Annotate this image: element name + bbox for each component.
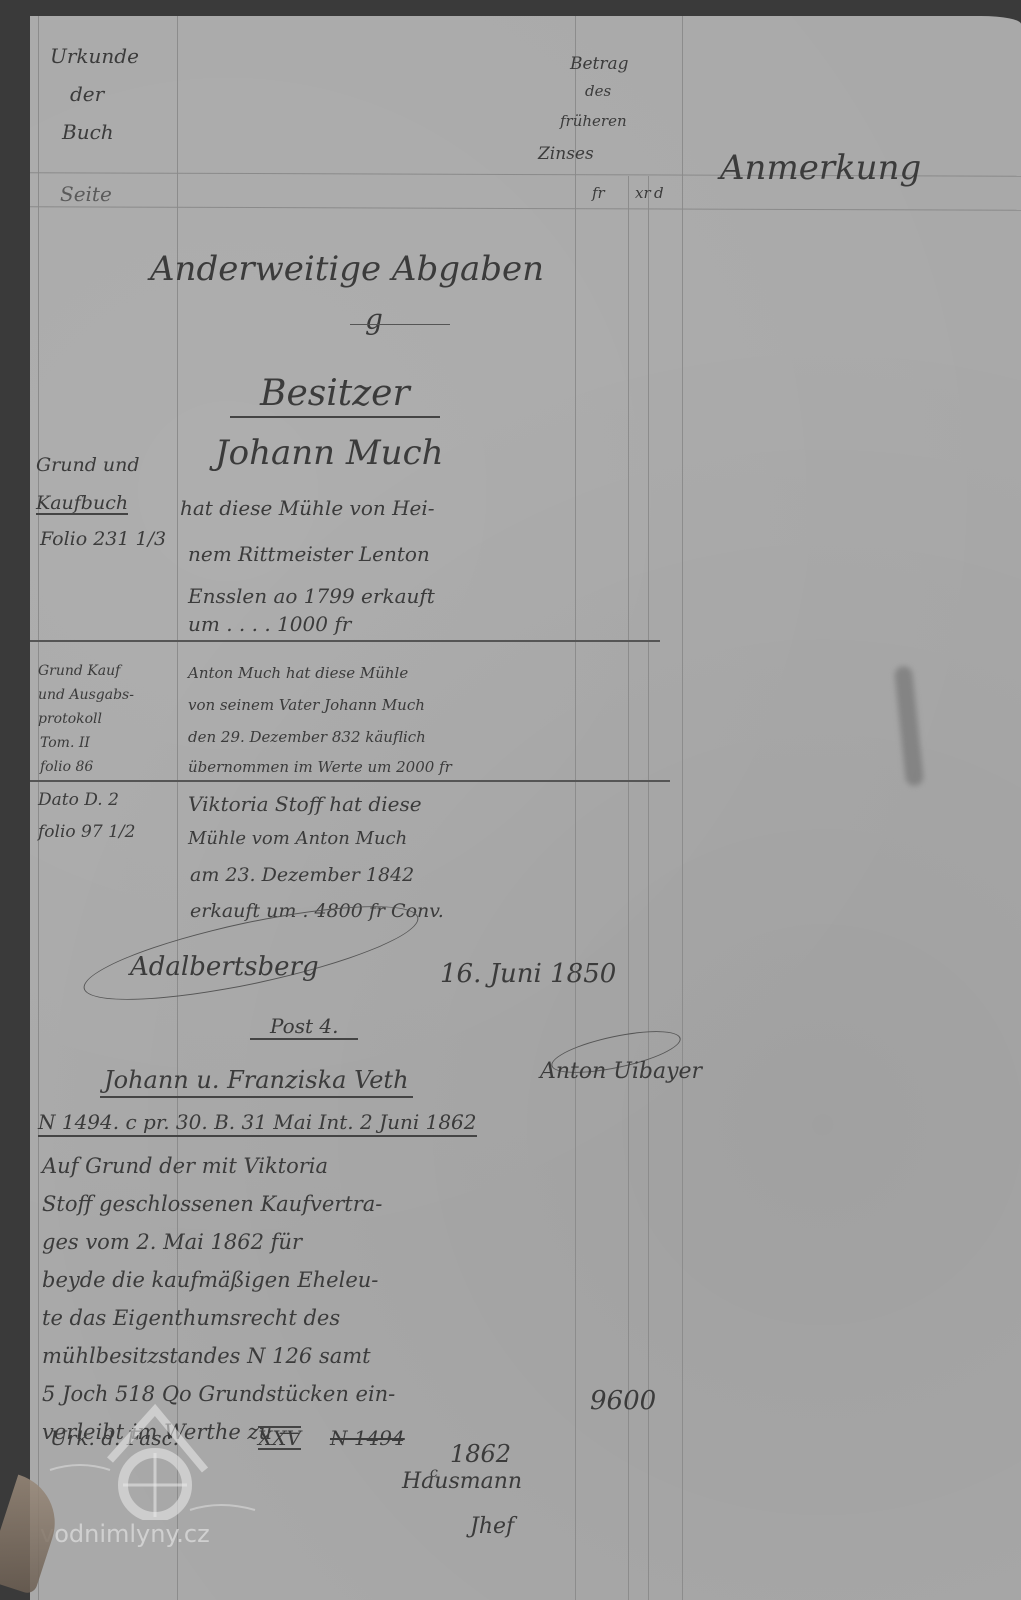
entry-1-source-2: Kaufbuch — [36, 494, 128, 515]
entry-1-line-1: hat diese Mühle von Hei- — [180, 498, 435, 518]
signature-1-signer: Adalbertsberg — [130, 954, 319, 980]
entry-1-line-3: Ensslen ao 1799 erkauft — [188, 586, 435, 606]
header-remarks: Anmerkung — [720, 151, 921, 185]
body-line-2: Stoff geschlossenen Kaufvertra- — [42, 1194, 382, 1215]
entry-1-owner: Johann Much — [215, 436, 444, 470]
entry-2-source-5: folio 86 — [40, 760, 93, 774]
header-amount-line-2: des — [585, 84, 611, 99]
post-number: Post 4. — [250, 1016, 358, 1040]
entry-2-line-3: den 29. Dezember 832 käuflich — [188, 730, 426, 745]
header-unit-xr: xr — [635, 186, 651, 201]
body-line-7: 5 Joch 518 Qo Grundstücken ein- — [42, 1384, 395, 1405]
header-amount-line-3: früheren — [560, 114, 627, 129]
subheader-rule — [30, 206, 1021, 210]
entry-3-line-2: Mühle vom Anton Much — [188, 830, 407, 848]
entry-3-line-3: am 23. Dezember 1842 — [190, 866, 414, 885]
entry-1-source-1: Grund und — [36, 456, 140, 475]
header-amount-line-4: Zinses — [538, 146, 594, 163]
entry-2-line-1: Anton Much hat diese Mühle — [188, 666, 408, 681]
entry-3-source-2: folio 97 1/2 — [38, 824, 135, 841]
entry-2-source-3: protokoll — [38, 712, 102, 726]
entry-1-line-2: nem Rittmeister Lenton — [188, 544, 430, 564]
entry-2-line-4: übernommen im Werte um 2000 fr — [188, 760, 452, 775]
entry-3-line-1: Viktoria Stoff hat diese — [188, 794, 422, 814]
page-title: Anderweitige Abgaben — [150, 252, 544, 286]
entry-2-line-2: von seinem Vater Johann Much — [188, 698, 425, 713]
entry-1-source-3: Folio 231 1/3 — [40, 530, 166, 549]
signature-3-sub: Jhef — [470, 1516, 514, 1538]
reference-number: N 1494 — [330, 1428, 405, 1448]
reference-year: 1862 — [450, 1442, 511, 1466]
ink-stain — [894, 665, 924, 786]
entry-1-line-4: um . . . . 1000 fr — [188, 614, 351, 634]
section-title: Besitzer — [230, 376, 440, 418]
entry-2-source-1: Grund Kauf — [38, 664, 120, 678]
reference-prefix: Urk. d. Fasc. — [50, 1428, 179, 1448]
title-underline — [350, 324, 450, 325]
document-page: Urkunde der Buch Seite Betrag des früher… — [30, 16, 1021, 1600]
entry-separator-2 — [30, 780, 670, 782]
header-amount-line-1: Betrag — [570, 56, 629, 73]
signature-2: Anton Uibayer — [540, 1061, 702, 1083]
signature-1-date: 16. Juni 1850 — [440, 961, 616, 987]
entry-2-source-2: und Ausgabs- — [38, 688, 134, 702]
header-source-line-3: Buch — [62, 122, 114, 142]
header-source-line-1: Urkunde — [50, 46, 139, 66]
header-source-sublabel: Seite — [60, 184, 112, 204]
column-rule-text — [575, 16, 576, 1600]
body-line-4: beyde die kaufmäßigen Eheleu- — [42, 1270, 378, 1291]
registry-line: N 1494. c pr. 30. B. 31 Mai Int. 2 Juni … — [38, 1112, 477, 1137]
signature-3: Hausmann — [402, 1471, 522, 1493]
body-amount: 9600 — [590, 1388, 656, 1414]
body-line-3: ges vom 2. Mai 1862 für — [42, 1232, 302, 1253]
entry-3-source-1: Dato D. 2 — [38, 792, 119, 809]
column-rule-amount — [682, 16, 683, 1600]
header-source-line-2: der — [70, 84, 104, 104]
header-unit-fr: fr — [592, 186, 605, 201]
body-line-1: Auf Grund der mit Viktoria — [42, 1156, 328, 1177]
title-mark: g — [365, 306, 383, 334]
entry-separator-1 — [30, 640, 660, 642]
body-line-6: mühlbesitzstandes N 126 samt — [42, 1346, 371, 1367]
header-unit-d: d — [654, 186, 664, 201]
entry-2-source-4: Tom. II — [40, 736, 90, 750]
reference-fascicle: XXV — [258, 1426, 301, 1450]
owners-heading: Johann u. Franziska Veth — [100, 1068, 413, 1098]
body-line-5: te das Eigenthumsrecht des — [42, 1308, 340, 1329]
